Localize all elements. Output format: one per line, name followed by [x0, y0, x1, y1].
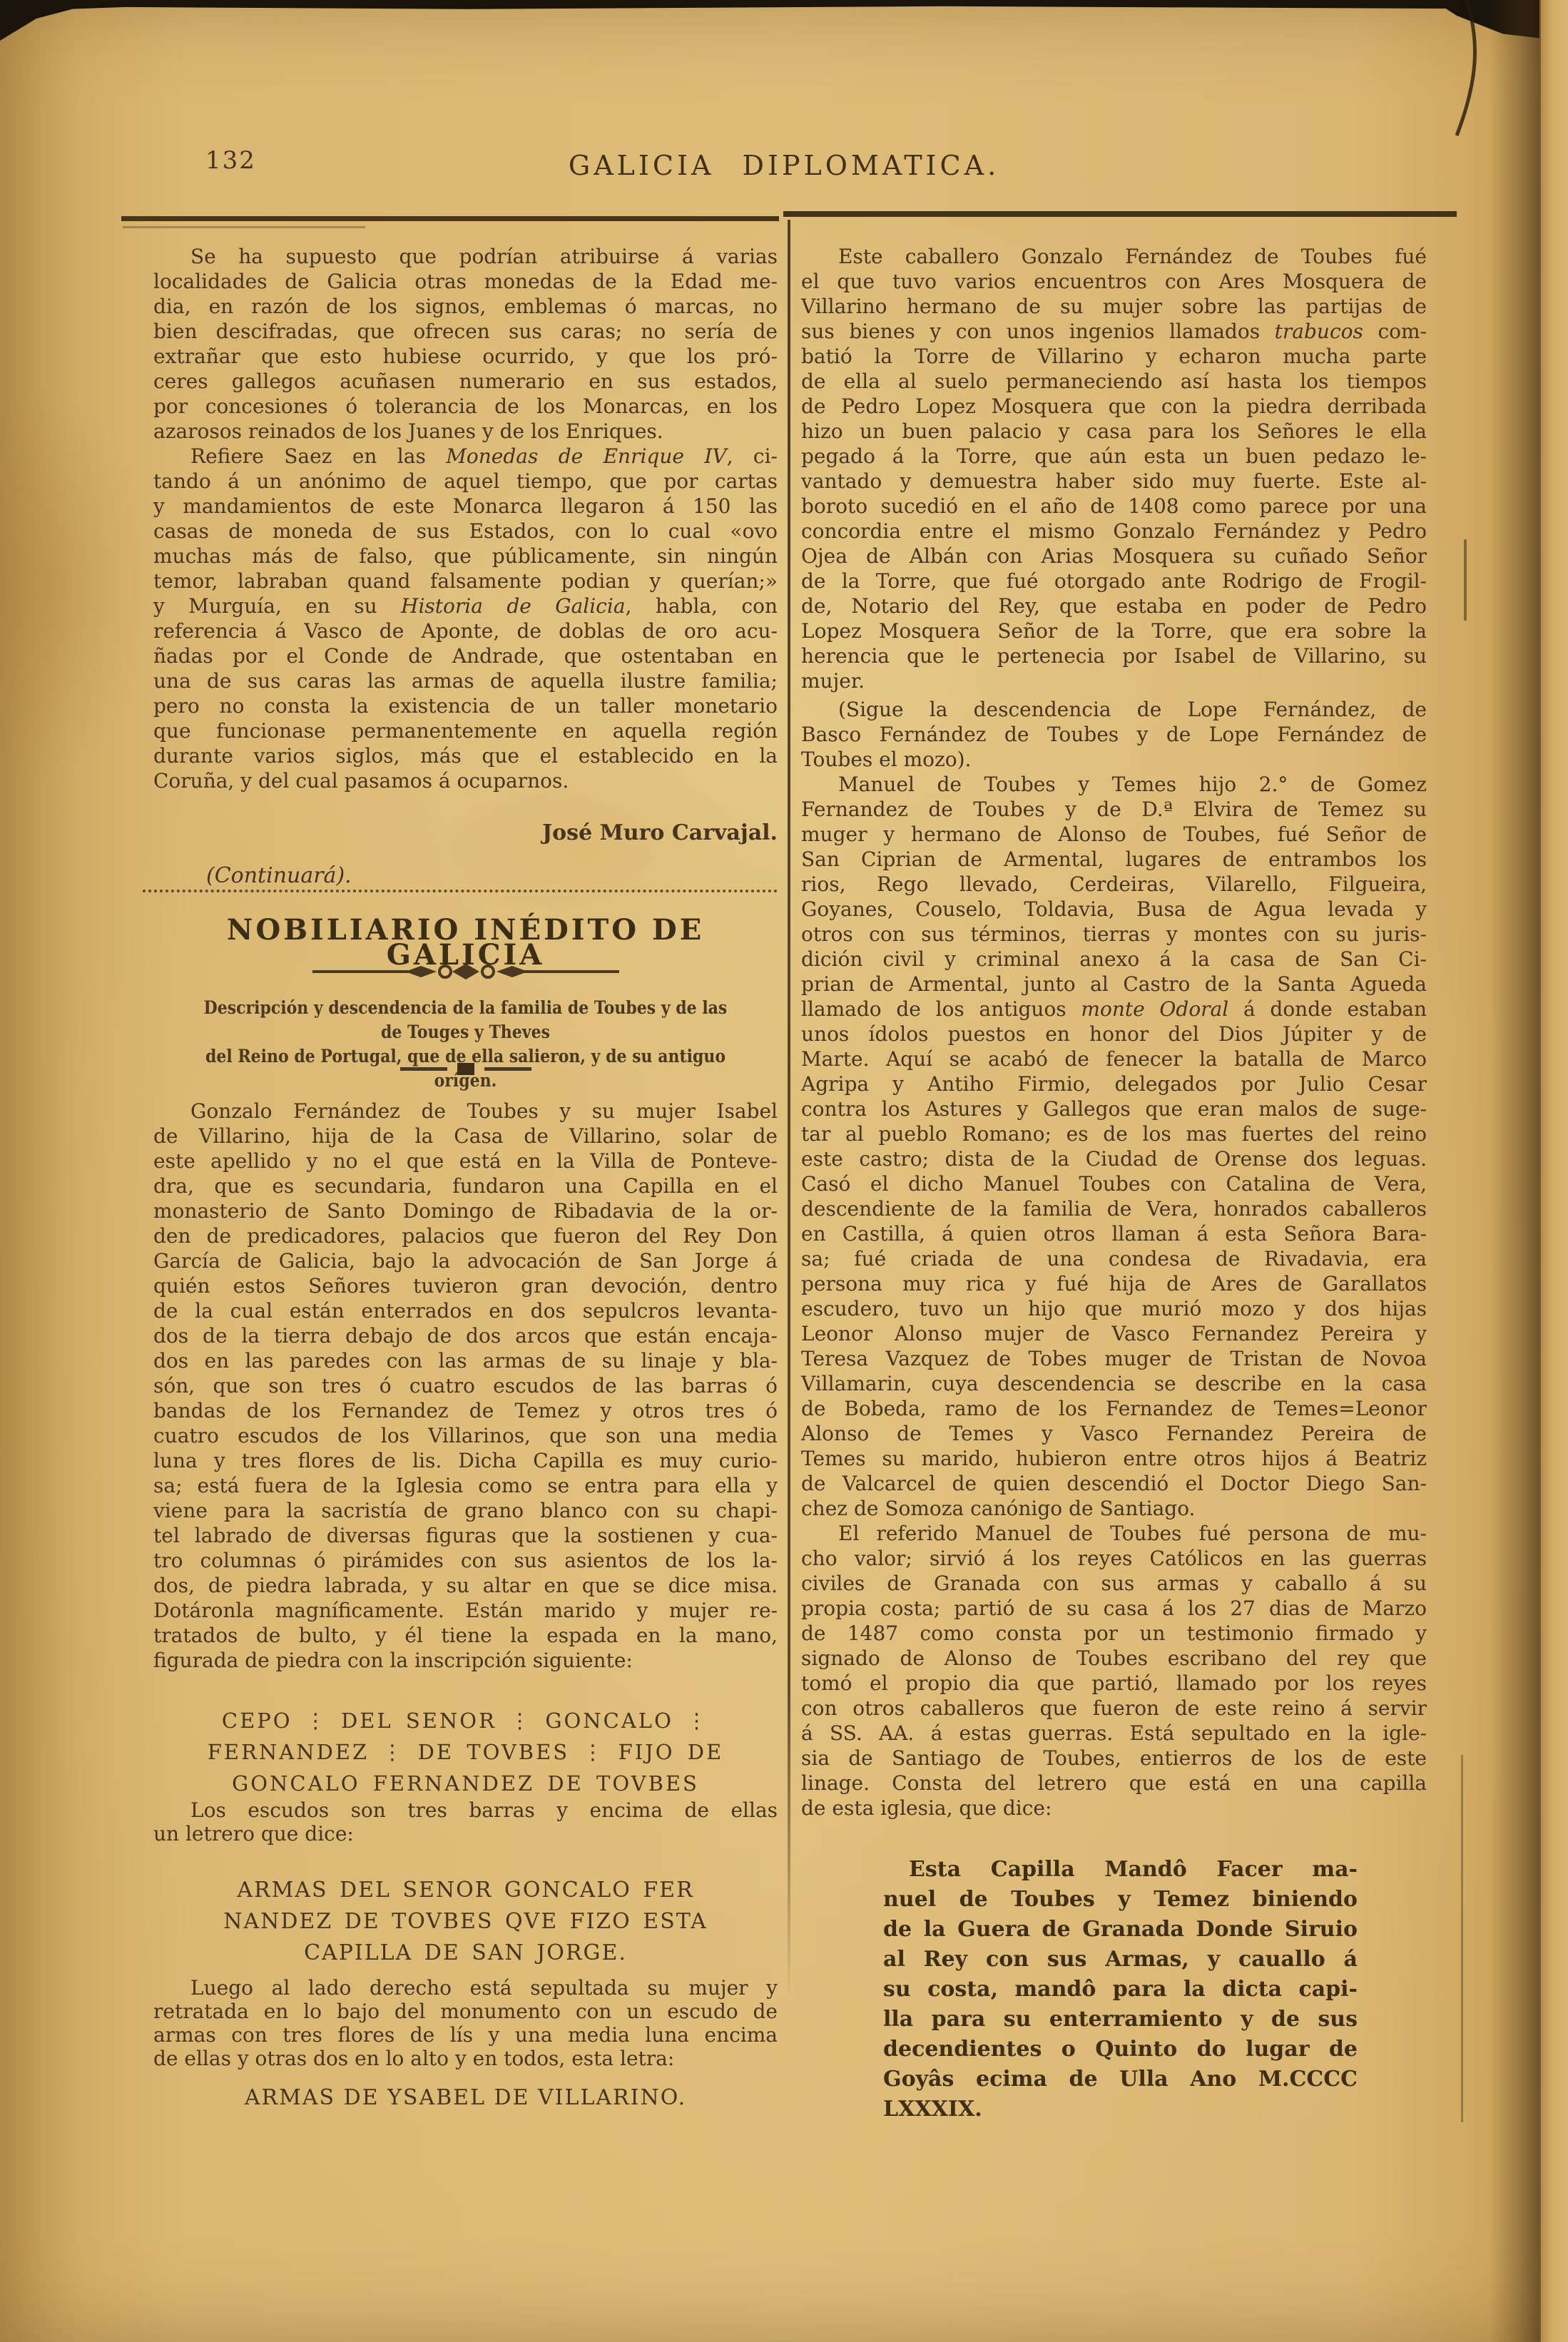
text-line: tro columnas ó pirámides con sus asiento… [153, 1548, 778, 1573]
text-line: ARMAS DE YSABEL DE VILLARINO. [153, 2085, 778, 2110]
paragraph: Los escudos son tres barras y encima de … [153, 1798, 778, 1845]
continuation-note: (Continuará). [153, 863, 830, 888]
text-line: CAPILLA DE SAN JORGE. [153, 1938, 778, 1969]
text-line: Goyanes, Couselo, Toldavia, Busa de Agua… [801, 897, 1427, 922]
paragraph: (Sigue la descendencia de Lope Fernández… [801, 697, 1427, 772]
text-line: escudero, tuvo un hijo que murió mozo y … [801, 1296, 1427, 1321]
text-line: descendiente de la familia de Vera, honr… [801, 1196, 1427, 1221]
text-line: y Murguía, en su Historia de Galicia, ha… [153, 594, 778, 618]
text-line: de 1487 como consta por un testimonio fi… [801, 1621, 1427, 1646]
text-line: y mandamientos de este Monarca llegaron … [153, 494, 778, 519]
text-line: tar al pueblo Romano; es de los mas fuer… [801, 1121, 1427, 1146]
text-line: Casó el dicho Manuel Toubes con Catalina… [801, 1171, 1427, 1196]
header-rule-left [121, 216, 779, 221]
text-line: FERNANDEZ ⋮ DE TOVBES ⋮ FIJO DE [153, 1736, 778, 1768]
text-line: rios, Rego llevado, Cerdeiras, Vilarello… [801, 872, 1427, 897]
text-line: de esta iglesia, que dice: [801, 1796, 1427, 1821]
text-line: unos ídolos puestos en honor del Dios Jú… [801, 1022, 1427, 1047]
text-line: ñadas por el Conde de Andrade, que osten… [153, 643, 778, 668]
text-line: Lopez Mosquera Señor de la Torre, que er… [801, 618, 1427, 643]
text-line: Manuel de Toubes y Temes hijo 2.° de Gom… [801, 772, 1427, 797]
text-line: Gonzalo Fernández de Toubes y su mujer I… [153, 1099, 778, 1124]
text-line: en Castilla, á quien otros llaman á esta… [801, 1221, 1427, 1246]
text-line: ARMAS DEL SENOR GONCALO FER [153, 1875, 778, 1906]
text-line: casas de moneda de sus Estados, con lo c… [153, 519, 778, 544]
column-divider-rule [788, 220, 790, 2003]
text-line: Dotáronla magníficamente. Están marido y… [153, 1598, 778, 1623]
text-line: referencia á Vasco de Aponte, de doblas … [153, 618, 778, 643]
text-line: Goyâs ecima de Ulla Ano M.CCCC [883, 2064, 1358, 2094]
text-line: contra los Astures y Gallegos que eran m… [801, 1096, 1427, 1121]
text-line: de ella al suelo permaneciendo así hasta… [801, 369, 1427, 394]
text-line: cuatro escudos de los Villarinos, que so… [153, 1423, 778, 1448]
next-page-edge [1539, 0, 1568, 2342]
divider-dash [484, 1067, 531, 1071]
text-line: LXXXIX. [883, 2094, 1358, 2124]
divider-square [457, 1063, 474, 1075]
text-line: dra, que es secundaria, fundaron una Cap… [153, 1173, 778, 1198]
text-line: CEPO ⋮ DEL SENOR ⋮ GONCALO ⋮ [153, 1705, 778, 1736]
dotted-section-rule [143, 890, 778, 892]
text-line: El referido Manuel de Toubes fué persona… [801, 1521, 1427, 1546]
text-line: bandas de los Fernandez de Temez y otros… [153, 1398, 778, 1423]
text-line: Temes su marido, hubieron entre otros hi… [801, 1446, 1427, 1471]
text-line: sa; está fuera de la Iglesia como se ent… [153, 1473, 778, 1498]
text-line: Ojea de Albán con Arias Mosquera su cuña… [801, 544, 1427, 569]
paragraph: Se ha supuesto que podrían atribuirse á … [153, 244, 778, 444]
text-line: quién estos Señores tuvieron gran devoci… [153, 1273, 778, 1298]
text-line: Villarino hermano de su mujer sobre las … [801, 294, 1427, 319]
text-line: Se ha supuesto que podrían atribuirse á … [153, 244, 778, 269]
text-line: signado de Alonso de Toubes escribano de… [801, 1646, 1427, 1671]
text-line: tando á un anónimo de aquel tiempo, que … [153, 469, 778, 494]
ink-mark [1461, 1755, 1463, 2122]
text-line: Villamarin, cuya descendencia se describ… [801, 1371, 1427, 1396]
text-line: de la Guera de Granada Donde Siruio [883, 1915, 1358, 1945]
text-line: otros con sus términos, tierras y montes… [801, 922, 1427, 947]
paper-crack-mark [1435, 0, 1492, 143]
paragraph: Manuel de Toubes y Temes hijo 2.° de Gom… [801, 772, 1427, 1521]
text-line: una de sus caras las armas de aquella il… [153, 668, 778, 693]
text-line: un letrero que dice: [153, 1822, 778, 1845]
text-line: cho valor; sirvió á los reyes Católicos … [801, 1546, 1427, 1571]
text-line: dos, de piedra labrada, y su altar en qu… [153, 1573, 778, 1598]
text-line: pegado á la Torre, que aún esta un buen … [801, 444, 1427, 469]
text-line: nuel de Toubes y Temez biniendo [883, 1885, 1358, 1915]
text-line: por concesiones ó tolerancia de los Mona… [153, 394, 778, 419]
scanned-page: 132 GALICIA DIPLOMATICA. Se ha supuesto … [0, 0, 1568, 2342]
text-line: sia de Santiago de Toubes, entierros de … [801, 1746, 1427, 1771]
text-line: retratada en lo bajo del monumento con u… [153, 2000, 778, 2023]
text-line: San Ciprian de Armental, lugares de entr… [801, 847, 1427, 872]
text-line: den de predicadores, palacios que fueron… [153, 1223, 778, 1248]
text-line: linage. Consta del letrero que está en u… [801, 1771, 1427, 1796]
text-line: Refiere Saez en las Monedas de Enrique I… [153, 444, 778, 469]
text-line: muger y hermano de Alonso de Toubes, fué… [801, 822, 1427, 847]
text-line: llamado de los antiguos monte Odoral á d… [801, 997, 1427, 1022]
text-line: Agripa y Antiho Firmio, delegados por Ju… [801, 1071, 1427, 1096]
text-line: hizo un buen palacio y casa para los Señ… [801, 419, 1427, 444]
text-line: muchas más de falso, que públicamente, s… [153, 544, 778, 569]
text-line: bien descifradas, que ofrecen sus caras;… [153, 319, 778, 344]
text-line: dos en las paredes con las armas de su l… [153, 1348, 778, 1373]
text-line: al Rey con sus Armas, y cauallo á [883, 1945, 1358, 1975]
stone-inscription: CEPO ⋮ DEL SENOR ⋮ GONCALO ⋮FERNANDEZ ⋮ … [153, 1705, 778, 1799]
text-line: Los escudos son tres barras y encima de … [153, 1798, 778, 1822]
scanner-background-strip [0, 0, 1568, 11]
text-line: de la cual están enterrados en dos sepul… [153, 1298, 778, 1323]
text-line: Basco Fernández de Toubes y de Lope Fern… [801, 722, 1427, 747]
text-line: vantado y demuestra haber sido muy fuert… [801, 469, 1427, 494]
small-divider [153, 1063, 778, 1075]
page-fold-shadow [1490, 0, 1541, 2342]
text-line: su costa, mandô para la dicta capi- [883, 1975, 1358, 2005]
author-signature: José Muro Carvajal. [153, 820, 833, 845]
text-line: sa; fué criada de una condesa de Rivadav… [801, 1246, 1427, 1271]
text-line: pero no consta la existencia de un talle… [153, 693, 778, 718]
text-line: Marte. Aquí se acabó de fenecer la batal… [801, 1047, 1427, 1071]
text-line: civiles de Granada con sus armas y cabal… [801, 1571, 1427, 1596]
text-line: de Valcarcel de quien descendió el Docto… [801, 1471, 1427, 1496]
text-line: el que tuvo varios encuentros con Ares M… [801, 269, 1427, 294]
text-line: de, Notario del Rey, que estaba en poder… [801, 594, 1427, 618]
text-line: viene para la sacristía de grano blanco … [153, 1498, 778, 1523]
text-line: decendientes o Quinto do lugar de [883, 2035, 1358, 2064]
text-line: de Villarino, hija de la Casa de Villari… [153, 1124, 778, 1149]
text-line: boroto sucedió en el año de 1408 como pa… [801, 494, 1427, 519]
text-line: Teresa Vazquez de Tobes muger de Tristan… [801, 1346, 1427, 1371]
text-line: luna y tres flores de lis. Dicha Capilla… [153, 1448, 778, 1473]
text-line: ceres gallegos acuñasen numerario en sus… [153, 369, 778, 394]
text-line: este castro; dista de la Ciudad de Orens… [801, 1146, 1427, 1171]
header-rule-echo [123, 226, 365, 228]
text-line: de Pedro Lopez Mosquera que con la piedr… [801, 394, 1427, 419]
text-line: temor, labraban quand falsamente podian … [153, 569, 778, 594]
text-line: García de Galicia, bajo la advocación de… [153, 1248, 778, 1273]
text-line: Luego al lado derecho está sepultada su … [153, 1976, 778, 2000]
text-line: este apellido y no el que está en la Vil… [153, 1149, 778, 1173]
text-line: batió la Torre de Villarino y echaron mu… [801, 344, 1427, 369]
stone-inscription: ARMAS DEL SENOR GONCALO FERNANDEZ DE TOV… [153, 1875, 778, 1969]
text-line: azarosos reinados de los Juanes y de los… [153, 419, 778, 444]
text-line: mujer. [801, 668, 1427, 693]
article-subtitle: Descripción y descendencia de la familia… [191, 996, 740, 1093]
article-title: NOBILIARIO INÉDITO DE GALICIA [153, 917, 778, 967]
header-rule-right [783, 211, 1457, 217]
paragraph: Refiere Saez en las Monedas de Enrique I… [153, 444, 778, 793]
text-line: Este caballero Gonzalo Fernández de Toub… [801, 244, 1427, 269]
text-line: lla para su enterramiento y de sus [883, 2005, 1358, 2035]
ornament-divider [153, 962, 778, 984]
text-line: Esta Capilla Mandô Facer ma- [883, 1855, 1358, 1885]
text-line: prian de Armental, junto al Castro de la… [801, 972, 1427, 997]
ornament-icon [312, 962, 619, 982]
text-line: Alonso de Temes y Vasco Fernandez Pereir… [801, 1421, 1427, 1446]
text-line: extrañar que esto hubiese ocurrido, y qu… [153, 344, 778, 369]
text-line: tel labrado de diversas figuras que la s… [153, 1523, 778, 1548]
text-line: tomó el propio dia que partió, llamado p… [801, 1671, 1427, 1696]
text-line: sus bienes y con unos ingenios llamados … [801, 319, 1427, 344]
text-line: són, que son tres ó cuatro escudos de la… [153, 1373, 778, 1398]
paragraph: El referido Manuel de Toubes fué persona… [801, 1521, 1427, 1821]
text-line: con otros caballeros que fueron de este … [801, 1696, 1427, 1721]
stone-inscription: ARMAS DE YSABEL DE VILLARINO. [153, 2085, 778, 2110]
text-line: concordia entre el mismo Gonzalo Fernánd… [801, 519, 1427, 544]
text-line: Leonor Alonso mujer de Vasco Fernandez P… [801, 1321, 1427, 1346]
paper-stain [0, 385, 150, 785]
text-line: de la Torre, que fué otorgado ante Rodri… [801, 569, 1427, 594]
text-line: á SS. AA. á estas guerras. Está sepultad… [801, 1721, 1427, 1746]
text-line: Fernandez de Toubes y de D.ª Elvira de T… [801, 797, 1427, 822]
text-line: NANDEZ DE TOVBES QVE FIZO ESTA [153, 1906, 778, 1938]
text-line: monasterio de Santo Domingo de Ribadavia… [153, 1198, 778, 1223]
text-line: Coruña, y del cual pasamos á ocuparnos. [153, 768, 778, 793]
text-line: GONCALO FERNANDEZ DE TOVBES [153, 1768, 778, 1799]
divider-dash [400, 1067, 447, 1071]
text-line: de Bobeda, ramo de los Fernandez de Teme… [801, 1396, 1427, 1421]
text-line: de ellas y otras dos en lo alto y en tod… [153, 2047, 778, 2070]
paragraph: Luego al lado derecho está sepultada su … [153, 1976, 778, 2070]
text-line: Descripción y descendencia de la familia… [191, 996, 740, 1044]
text-line: persona muy rica y fué hija de Ares de G… [801, 1271, 1427, 1296]
text-line: herencia que le pertenecia por Isabel de… [801, 643, 1427, 668]
text-line: durante varios siglos, más que el establ… [153, 743, 778, 768]
text-line: Toubes el mozo). [801, 747, 1427, 772]
text-line: figurada de piedra con la inscripción si… [153, 1648, 778, 1673]
text-line: chez de Somoza canónigo de Santiago. [801, 1496, 1427, 1521]
text-line: dición civil y criminal anexo á la casa … [801, 947, 1427, 972]
text-line: localidades de Galicia otras monedas de … [153, 269, 778, 294]
text-line: dos de la tierra debajo de dos arcos que… [153, 1323, 778, 1348]
paragraph: Este caballero Gonzalo Fernández de Toub… [801, 244, 1427, 693]
text-line: que funcionase permanentemente en aquell… [153, 718, 778, 743]
text-line: dia, en razón de los signos, emblemas ó … [153, 294, 778, 319]
text-line: tratados de bulto, y él tiene la espada … [153, 1623, 778, 1648]
journal-title: GALICIA DIPLOMATICA. [0, 150, 1568, 181]
ink-mark [1464, 539, 1467, 621]
text-line: armas con tres flores de lís y una media… [153, 2023, 778, 2047]
text-line: propia costa; partió de su casa á los 27… [801, 1596, 1427, 1621]
text-line: (Sigue la descendencia de Lope Fernández… [801, 697, 1427, 722]
paragraph: Gonzalo Fernández de Toubes y su mujer I… [153, 1099, 778, 1673]
chapel-inscription-quote: Esta Capilla Mandô Facer ma-nuel de Toub… [883, 1855, 1358, 2124]
